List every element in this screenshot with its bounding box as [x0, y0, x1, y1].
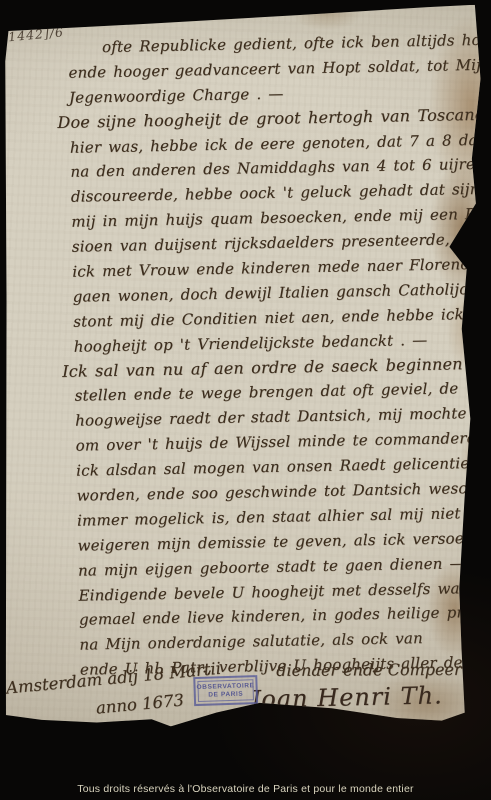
observatoire-de-paris-stamp: OBSERVATOIRE DE PARIS: [193, 675, 258, 706]
stamp-line2: DE PARIS: [208, 690, 243, 699]
dateline-year: anno 1673: [95, 691, 185, 718]
signature: Joan Henri Th.: [250, 681, 443, 713]
copyright-text: Tous droits réservés à l'Observatoire de…: [77, 783, 413, 795]
manuscript-page: [1442]/6 ofte Republicke gedient, ofte i…: [2, 5, 484, 727]
catalog-number: [1442]/6: [2, 24, 65, 45]
copyright-footer: Tous droits réservés à l'Observatoire de…: [0, 778, 491, 800]
letter-body: ofte Republicke gedient, ofte ick ben al…: [68, 28, 482, 683]
letter-closing: dienaer ende Compeer: [246, 660, 462, 680]
scan-background: [1442]/6 ofte Republicke gedient, ofte i…: [0, 0, 491, 800]
